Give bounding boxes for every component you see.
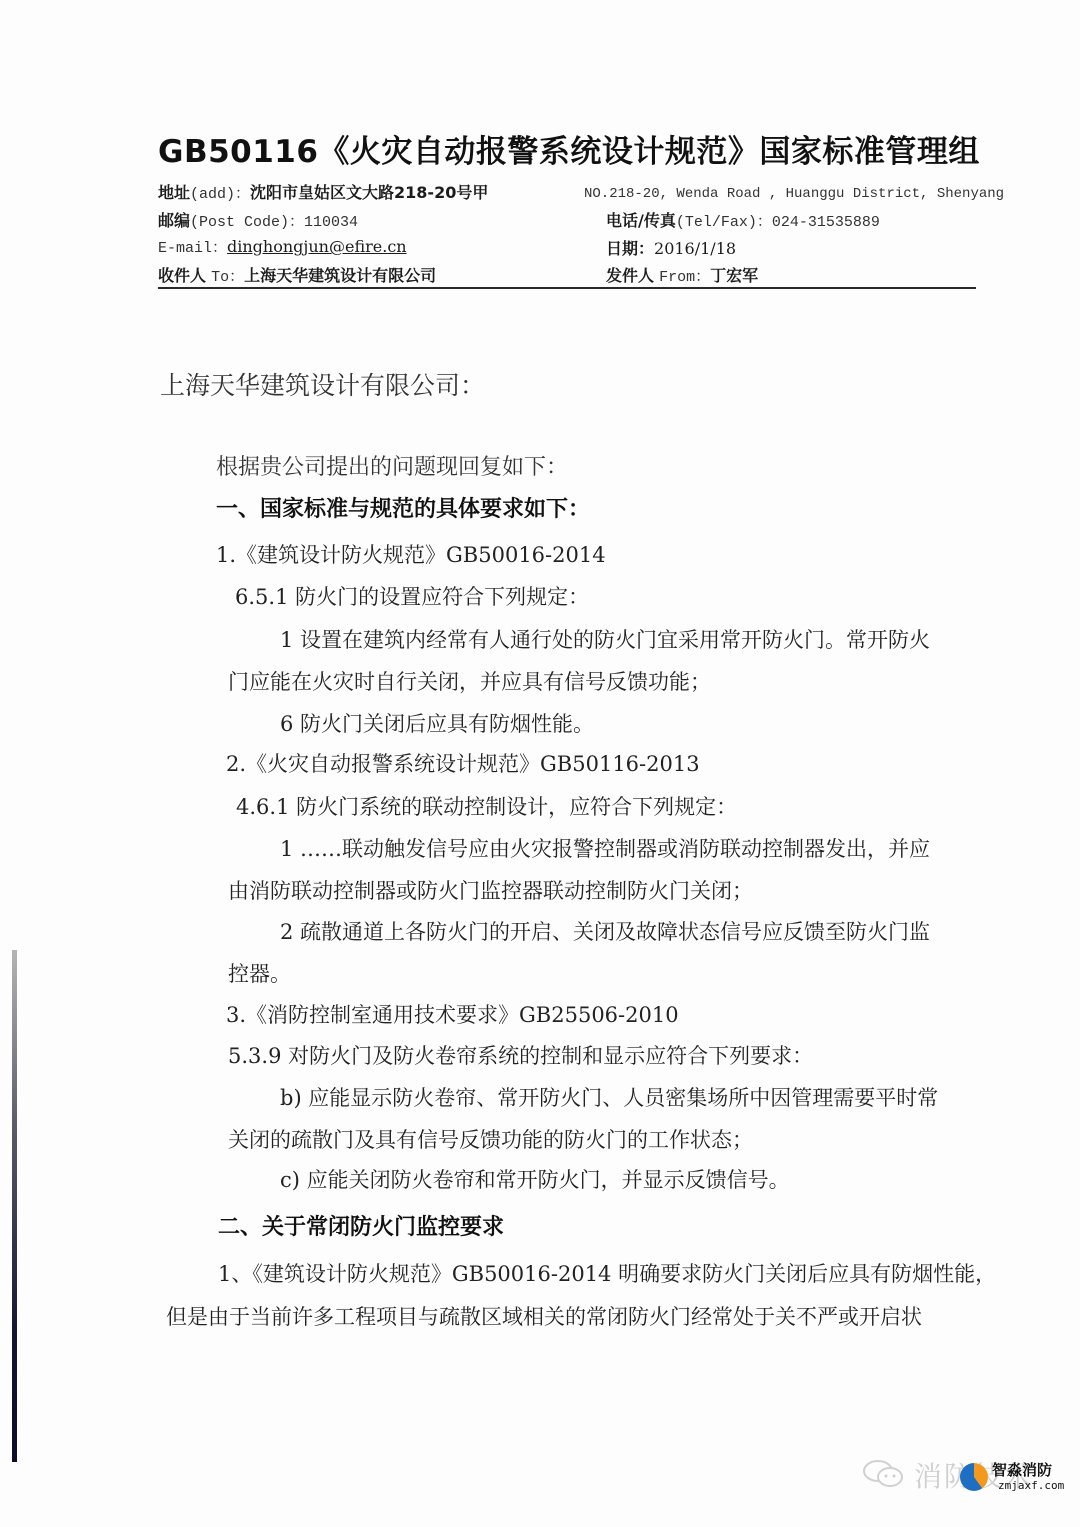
watermark: 消防技术 智淼消防 zmjaxf.com xyxy=(862,1455,1062,1495)
item3-line3: c) 应能关闭防火卷帘和常开防火门，并显示反馈信号。 xyxy=(280,1164,790,1194)
section2-line2: 但是由于当前许多工程项目与疏散区域相关的常闭防火门经常处于关不严或开启状 xyxy=(166,1301,922,1331)
to-label: 收件人 xyxy=(158,266,206,285)
section2-line1: 1、《建筑设计防火规范》GB50016-2014 明确要求防火门关闭后应具有防烟… xyxy=(218,1258,996,1288)
date-value: 2016/1/18 xyxy=(654,239,736,258)
scan-edge-line xyxy=(12,950,17,1462)
address-cn: 沈阳市皇姑区文大路218-20号甲 xyxy=(250,183,488,202)
item3-line1: b) 应能显示防火卷帘、常开防火门、人员密集场所中因管理需要平时常 xyxy=(280,1082,938,1112)
item1-title: 1.《建筑设计防火规范》GB50016-2014 xyxy=(216,539,606,569)
address-en-row: NO.218-20, Wenda Road , Huanggu District… xyxy=(584,182,1004,202)
postcode-label-en: (Post Code)： xyxy=(190,214,304,231)
salutation: 上海天华建筑设计有限公司： xyxy=(160,366,485,402)
tel-label: 电话/传真 xyxy=(606,211,676,230)
date-label: 日期： xyxy=(606,239,654,258)
item2-line4: 控器。 xyxy=(228,958,291,988)
brand-logo-icon xyxy=(960,1463,988,1491)
brand-name: 智淼消防 xyxy=(992,1459,1052,1480)
to-value: 上海天华建筑设计有限公司 xyxy=(244,266,436,285)
item2-clause: 4.6.1 防火门系统的联动控制设计，应符合下列规定： xyxy=(236,791,737,821)
letterhead-title: GB50116《火灾自动报警系统设计规范》国家标准管理组 xyxy=(158,126,980,171)
tel-value: 024-31535889 xyxy=(772,214,880,231)
address-label-en: (add)： xyxy=(190,186,250,203)
header-divider xyxy=(158,287,976,289)
postcode-label: 邮编 xyxy=(158,211,190,230)
section1-heading: 一、国家标准与规范的具体要求如下： xyxy=(216,492,590,523)
email-link[interactable]: dinghongjun@efire.cn xyxy=(227,237,407,256)
tel-label-en: (Tel/Fax)： xyxy=(676,214,772,231)
from-row: 发件人 From：丁宏军 xyxy=(606,263,758,286)
email-label: E-mail： xyxy=(158,240,227,257)
brand-url: zmjaxf.com xyxy=(998,1479,1064,1492)
to-row: 收件人 To：上海天华建筑设计有限公司 xyxy=(158,263,436,286)
section2-heading: 二、关于常闭防火门监控要求 xyxy=(218,1210,504,1241)
date-row: 日期：2016/1/18 xyxy=(606,236,736,259)
item1-line1: 1 设置在建筑内经常有人通行处的防火门宜采用常开防火门。常开防火 xyxy=(280,624,930,654)
from-label: 发件人 xyxy=(606,266,654,285)
item2-title: 2.《火灾自动报警系统设计规范》GB50116-2013 xyxy=(226,748,700,778)
item2-line2: 由消防联动控制器或防火门监控器联动控制防火门关闭； xyxy=(228,875,753,905)
postcode-value: 110034 xyxy=(304,214,358,231)
email-row: E-mail：dinghongjun@efire.cn xyxy=(158,236,407,257)
item1-clause: 6.5.1 防火门的设置应符合下列规定： xyxy=(235,581,589,611)
address-row: 地址(add)：沈阳市皇姑区文大路218-20号甲 xyxy=(158,180,488,203)
item3-clause: 5.3.9 对防火门及防火卷帘系统的控制和显示应符合下列要求： xyxy=(228,1040,813,1070)
item2-line1: 1 ……联动触发信号应由火灾报警控制器或消防联动控制器发出，并应 xyxy=(280,833,930,863)
address-en: NO.218-20, Wenda Road , Huanggu District… xyxy=(584,186,1004,202)
from-value: 丁宏军 xyxy=(710,266,758,285)
wechat-icon xyxy=(862,1459,906,1489)
item2-line3: 2 疏散通道上各防火门的开启、关闭及故障状态信号应反馈至防火门监 xyxy=(280,916,930,946)
item3-line2: 关闭的疏散门及具有信号反馈功能的防火门的工作状态； xyxy=(228,1124,753,1154)
tel-row: 电话/传真(Tel/Fax)：024-31535889 xyxy=(606,208,880,231)
postcode-row: 邮编(Post Code)：110034 xyxy=(158,208,358,231)
address-label: 地址 xyxy=(158,183,190,202)
item1-line2: 门应能在火灾时自行关闭，并应具有信号反馈功能； xyxy=(228,666,711,696)
intro-text: 根据贵公司提出的问题现回复如下： xyxy=(216,450,568,481)
from-label-en: From： xyxy=(659,269,710,286)
to-label-en: To： xyxy=(211,269,244,286)
item3-title: 3.《消防控制室通用技术要求》GB25506-2010 xyxy=(226,999,679,1029)
item1-line3: 6 防火门关闭后应具有防烟性能。 xyxy=(280,708,594,738)
